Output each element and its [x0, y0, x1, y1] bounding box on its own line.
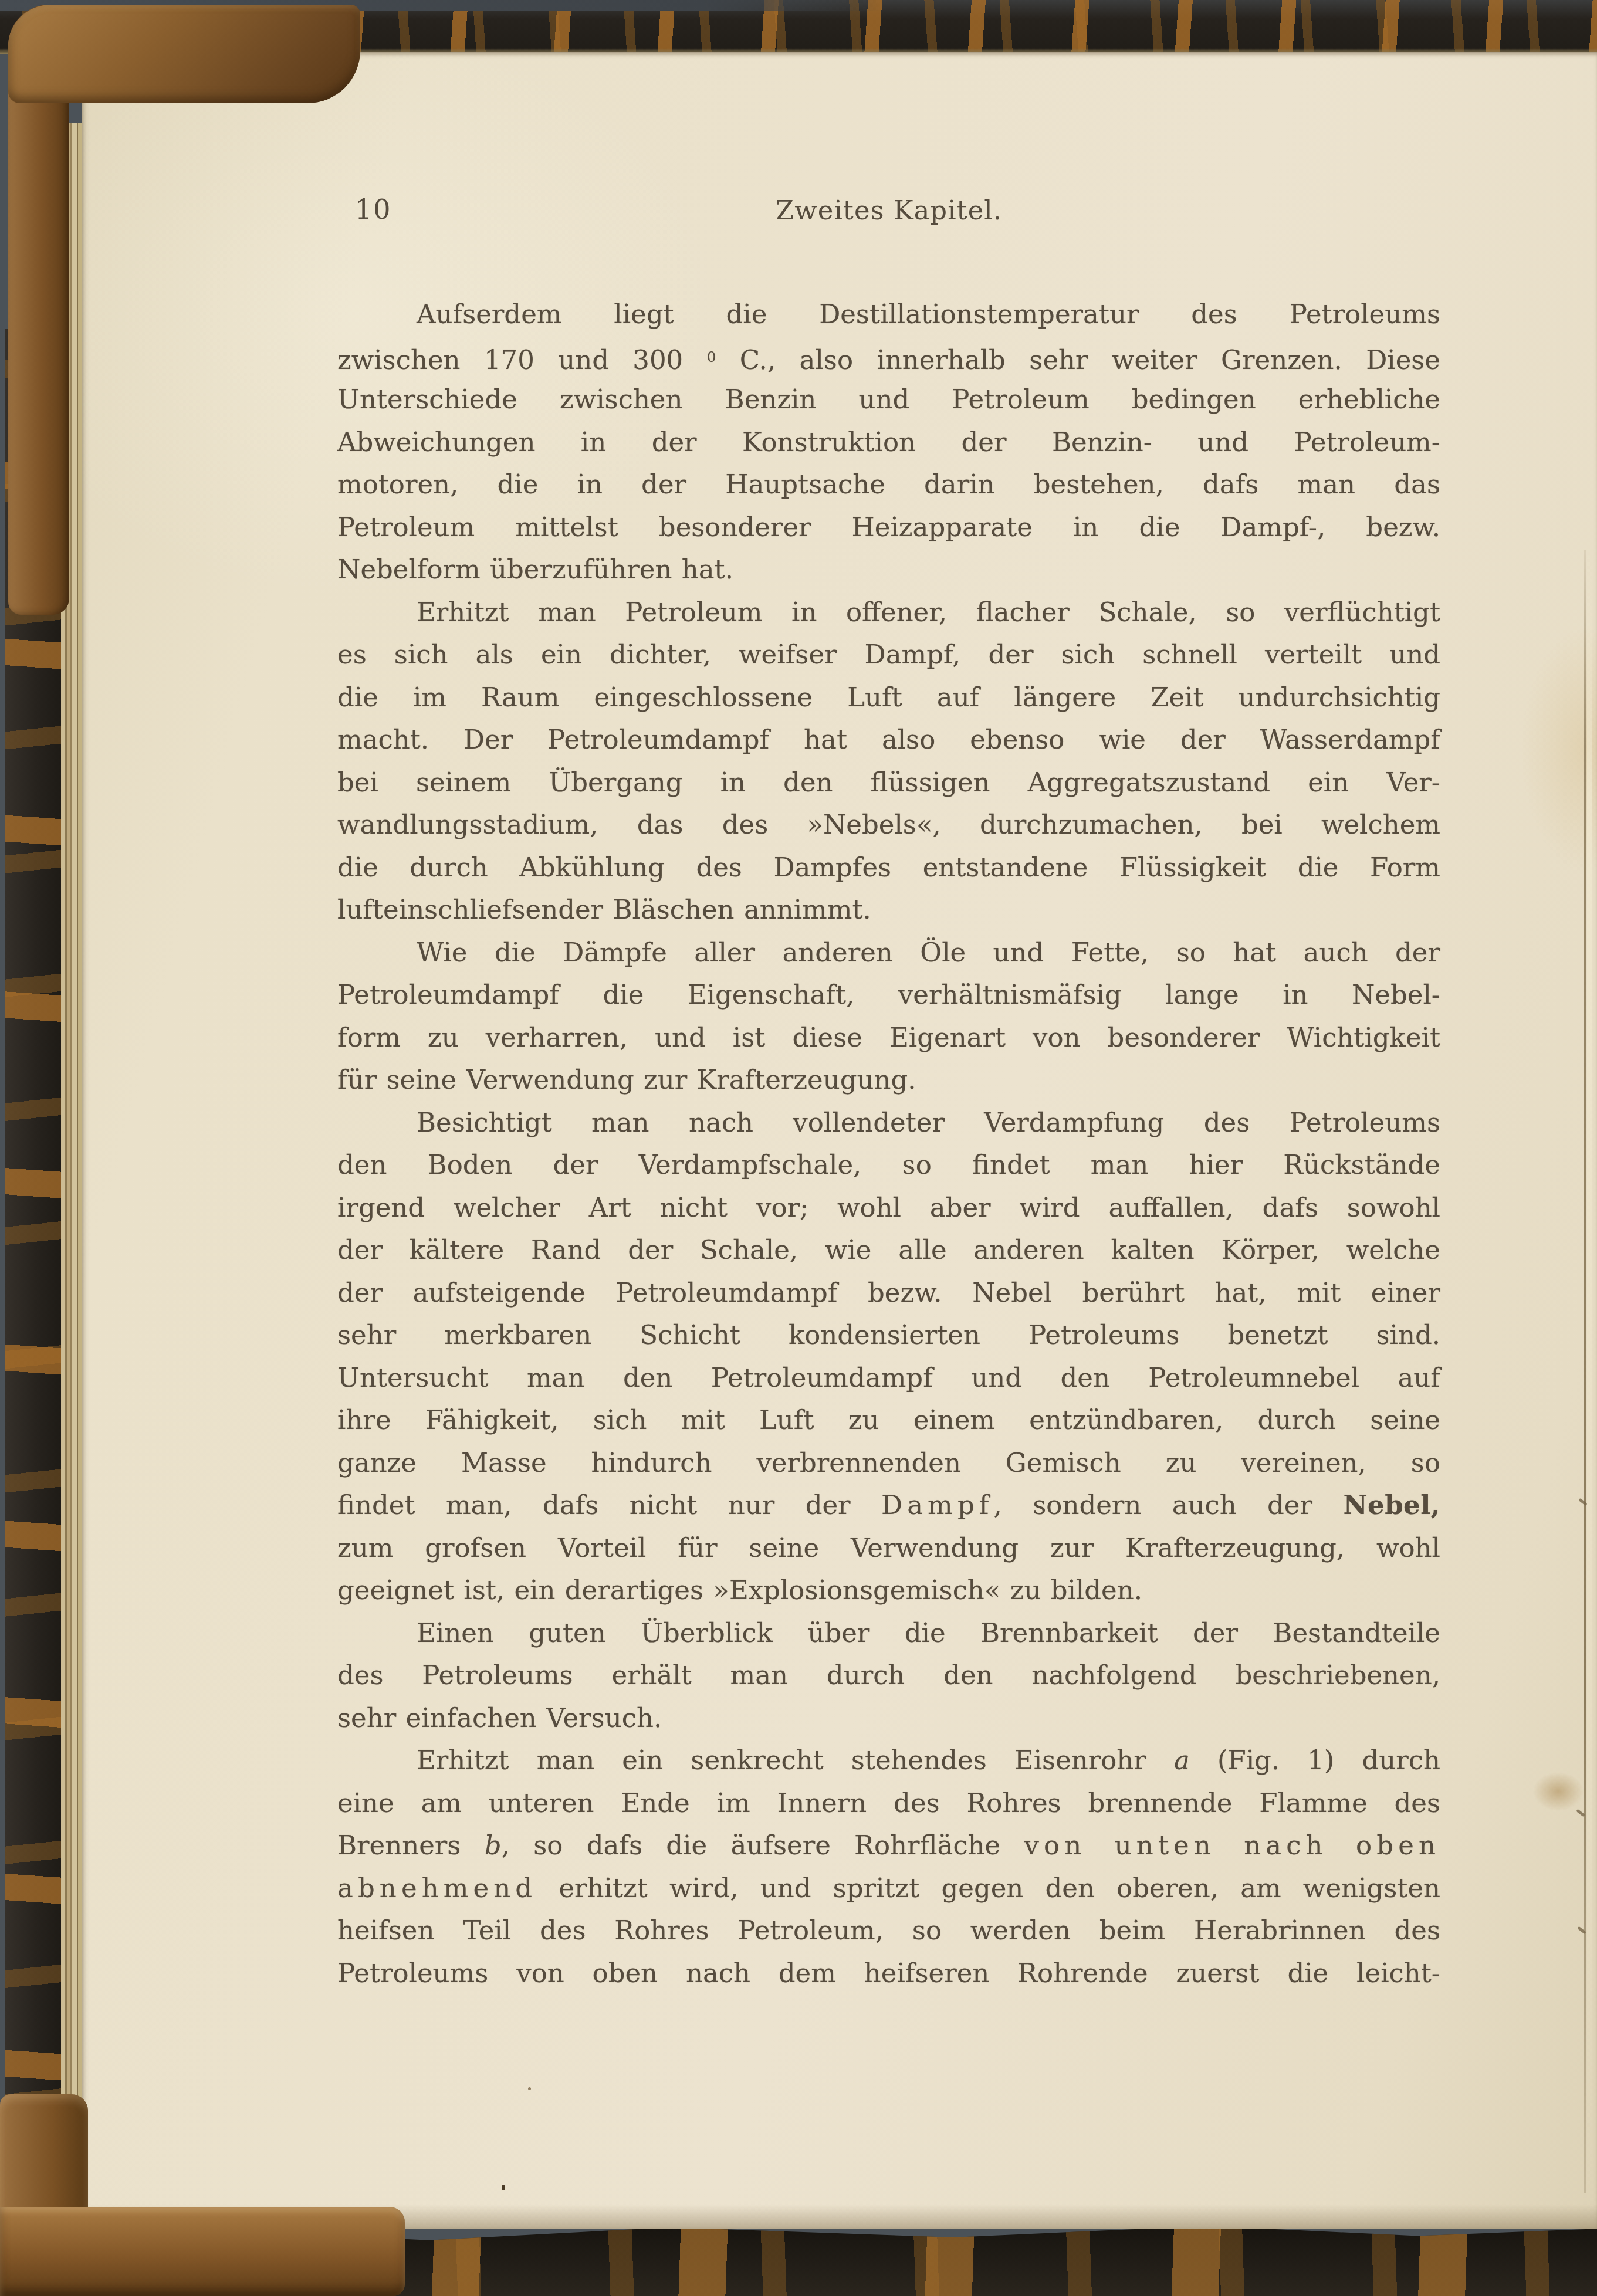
text-line: die im Raum eingeschlossene Luft auf län… [337, 676, 1440, 719]
text-segment: Nebel, [1343, 1489, 1440, 1520]
text-segment: b [485, 1830, 502, 1861]
text-segment: Petroleum mittelst besonderer Heizappara… [337, 512, 1440, 543]
text-segment: Petroleumdampf die Eigenschaft, verhältn… [337, 979, 1440, 1010]
text-segment: lufteinschliefsender Bläschen annimmt. [337, 894, 871, 925]
text-segment: sehr merkbaren Schicht kondensierten Pet… [337, 1319, 1440, 1350]
text-segment: findet man, dafs nicht nur der [337, 1489, 881, 1520]
text-segment: Besichtigt man nach vollendeter Verdampf… [417, 1107, 1440, 1138]
text-line: Wie die Dämpfe aller anderen Öle und Fet… [337, 932, 1440, 974]
text-line: der aufsteigende Petroleumdampf bezw. Ne… [337, 1272, 1440, 1315]
text-segment: irgend welcher Art nicht vor; wohl aber … [337, 1192, 1440, 1223]
page-crease-highlight [1587, 550, 1592, 2193]
text-segment: erhitzt wird, und spritzt gegen den ober… [537, 1872, 1440, 1904]
page-edge-nick [1578, 1498, 1588, 1506]
text-line: Untersucht man den Petroleumdampf und de… [337, 1357, 1440, 1400]
text-segment: der aufsteigende Petroleumdampf bezw. Ne… [337, 1277, 1440, 1308]
text-line: irgend welcher Art nicht vor; wohl aber … [337, 1187, 1440, 1230]
text-segment: Aufserdem liegt die Destillationstempera… [417, 299, 1440, 330]
text-segment: (Fig. 1) durch [1190, 1745, 1440, 1776]
text-segment: Brenners [337, 1830, 485, 1861]
text-line: Abweichungen in der Konstruktion der Ben… [337, 421, 1440, 464]
text-segment: C., also innerhalb sehr weiter Grenzen. … [716, 344, 1440, 375]
text-segment: heifsen Teil des Rohres Petroleum, so we… [337, 1915, 1440, 1946]
text-segment: die durch Abkühlung des Dampfes entstand… [337, 852, 1440, 883]
text-segment: , sondern auch der [994, 1489, 1344, 1520]
text-line: eine am unteren Ende im Innern des Rohre… [337, 1782, 1440, 1825]
ink-speck [502, 2185, 505, 2190]
text-line: abnehmend erhitzt wird, und spritzt gege… [337, 1867, 1440, 1910]
text-segment: zum grofsen Vorteil für seine Verwendung… [337, 1532, 1440, 1563]
text-segment: Petroleums von oben nach dem heifseren R… [337, 1958, 1440, 1989]
ink-speck [528, 2087, 531, 2090]
leather-corner-bottom-left [0, 2207, 405, 2296]
text-segment: Erhitzt man ein senkrecht stehendes Eise… [417, 1745, 1174, 1776]
page-crease-line [1584, 550, 1586, 2193]
text-segment: die im Raum eingeschlossene Luft auf län… [337, 682, 1440, 713]
text-segment: zwischen 170 und 300 [337, 344, 707, 375]
text-line: für seine Verwendung zur Krafterzeugung. [337, 1059, 1440, 1102]
text-segment: a [1174, 1745, 1190, 1776]
text-line: wandlungsstadium, das des »Nebels«, durc… [337, 804, 1440, 846]
text-line: die durch Abkühlung des Dampfes entstand… [337, 846, 1440, 889]
text-line: Unterschiede zwischen Benzin und Petrole… [337, 378, 1440, 421]
text-line: form zu verharren, und ist diese Eigenar… [337, 1017, 1440, 1059]
page-paper: 10 Zweites Kapitel. Aufserdem liegt die … [82, 52, 1597, 2229]
text-segment: Untersucht man den Petroleumdampf und de… [337, 1362, 1440, 1393]
body-text: Aufserdem liegt die Destillationstempera… [337, 293, 1440, 1994]
text-line: es sich als ein dichter, weifser Dampf, … [337, 634, 1440, 676]
text-line: Erhitzt man Petroleum in offener, flache… [337, 591, 1440, 634]
text-line: zum grofsen Vorteil für seine Verwendung… [337, 1527, 1440, 1570]
text-segment: Abweichungen in der Konstruktion der Ben… [337, 426, 1440, 458]
text-segment: form zu verharren, und ist diese Eigenar… [337, 1022, 1440, 1053]
text-line: ihre Fähigkeit, sich mit Luft zu einem e… [337, 1399, 1440, 1442]
text-segment: Wie die Dämpfe aller anderen Öle und Fet… [417, 937, 1440, 968]
running-header: Zweites Kapitel. [337, 195, 1440, 226]
text-line: lufteinschliefsender Bläschen annimmt. [337, 889, 1440, 932]
text-line: des Petroleums erhält man durch den nach… [337, 1654, 1440, 1697]
text-line: macht. Der Petroleumdampf hat also ebens… [337, 719, 1440, 761]
text-line: Petroleums von oben nach dem heifseren R… [337, 1952, 1440, 1995]
text-segment: 0 [707, 348, 716, 365]
text-line: Petroleum mittelst besonderer Heizappara… [337, 506, 1440, 549]
text-line: Petroleumdampf die Eigenschaft, verhältn… [337, 974, 1440, 1017]
text-segment: ihre Fähigkeit, sich mit Luft zu einem e… [337, 1404, 1440, 1435]
text-line: den Boden der Verdampfschale, so findet … [337, 1144, 1440, 1187]
text-line: Besichtigt man nach vollendeter Verdampf… [337, 1102, 1440, 1144]
text-segment: des Petroleums erhält man durch den nach… [337, 1660, 1440, 1691]
text-segment: es sich als ein dichter, weifser Dampf, … [337, 639, 1440, 670]
text-segment: , so dafs die äufsere Rohrfläche [502, 1830, 1024, 1861]
text-segment: motoren, die in der Hauptsache darin bes… [337, 469, 1440, 500]
text-line: bei seinem Übergang in den flüssigen Agg… [337, 761, 1440, 804]
text-line: Brenners b, so dafs die äufsere Rohrfläc… [337, 1824, 1440, 1867]
text-segment: wandlungsstadium, das des »Nebels«, durc… [337, 809, 1440, 840]
text-line: Aufserdem liegt die Destillationstempera… [337, 293, 1440, 336]
text-line: motoren, die in der Hauptsache darin bes… [337, 463, 1440, 506]
text-segment: der kältere Rand der Schale, wie alle an… [337, 1234, 1440, 1265]
text-segment: sehr einfachen Versuch. [337, 1702, 662, 1733]
text-line: findet man, dafs nicht nur der Dampf, so… [337, 1484, 1440, 1527]
text-line: Einen guten Überblick über die Brennbark… [337, 1612, 1440, 1655]
book-scan: 10 Zweites Kapitel. Aufserdem liegt die … [0, 0, 1597, 2296]
text-line: Nebelform überzuführen hat. [337, 548, 1440, 591]
text-line: zwischen 170 und 300 0 C., also innerhal… [337, 336, 1440, 379]
text-line: sehr merkbaren Schicht kondensierten Pet… [337, 1314, 1440, 1357]
text-line: ganze Masse hindurch verbrennenden Gemis… [337, 1442, 1440, 1485]
text-segment: abnehmend [337, 1872, 537, 1904]
text-line: sehr einfachen Versuch. [337, 1697, 1440, 1740]
leather-corner-top-left [8, 5, 360, 103]
text-line: geeignet ist, ein derartiges »Explosions… [337, 1569, 1440, 1612]
text-line: der kältere Rand der Schale, wie alle an… [337, 1229, 1440, 1272]
text-segment: Nebelform überzuführen hat. [337, 554, 733, 585]
text-segment: Unterschiede zwischen Benzin und Petrole… [337, 384, 1440, 415]
text-segment: macht. Der Petroleumdampf hat also ebens… [337, 724, 1440, 755]
text-line: heifsen Teil des Rohres Petroleum, so we… [337, 1909, 1440, 1952]
text-segment: für seine Verwendung zur Krafterzeugung. [337, 1064, 916, 1095]
text-segment: Einen guten Überblick über die Brennbark… [417, 1617, 1440, 1648]
text-line: Erhitzt man ein senkrecht stehendes Eise… [337, 1739, 1440, 1782]
text-segment: von unten nach oben [1024, 1830, 1440, 1861]
text-segment: bei seinem Übergang in den flüssigen Agg… [337, 767, 1440, 798]
text-segment: ganze Masse hindurch verbrennenden Gemis… [337, 1447, 1440, 1478]
text-segment: den Boden der Verdampfschale, so findet … [337, 1149, 1440, 1180]
text-segment: eine am unteren Ende im Innern des Rohre… [337, 1787, 1440, 1818]
text-segment: geeignet ist, ein derartiges »Explosions… [337, 1574, 1142, 1606]
text-segment: Erhitzt man Petroleum in offener, flache… [417, 597, 1440, 628]
text-segment: Dampf [881, 1489, 994, 1520]
